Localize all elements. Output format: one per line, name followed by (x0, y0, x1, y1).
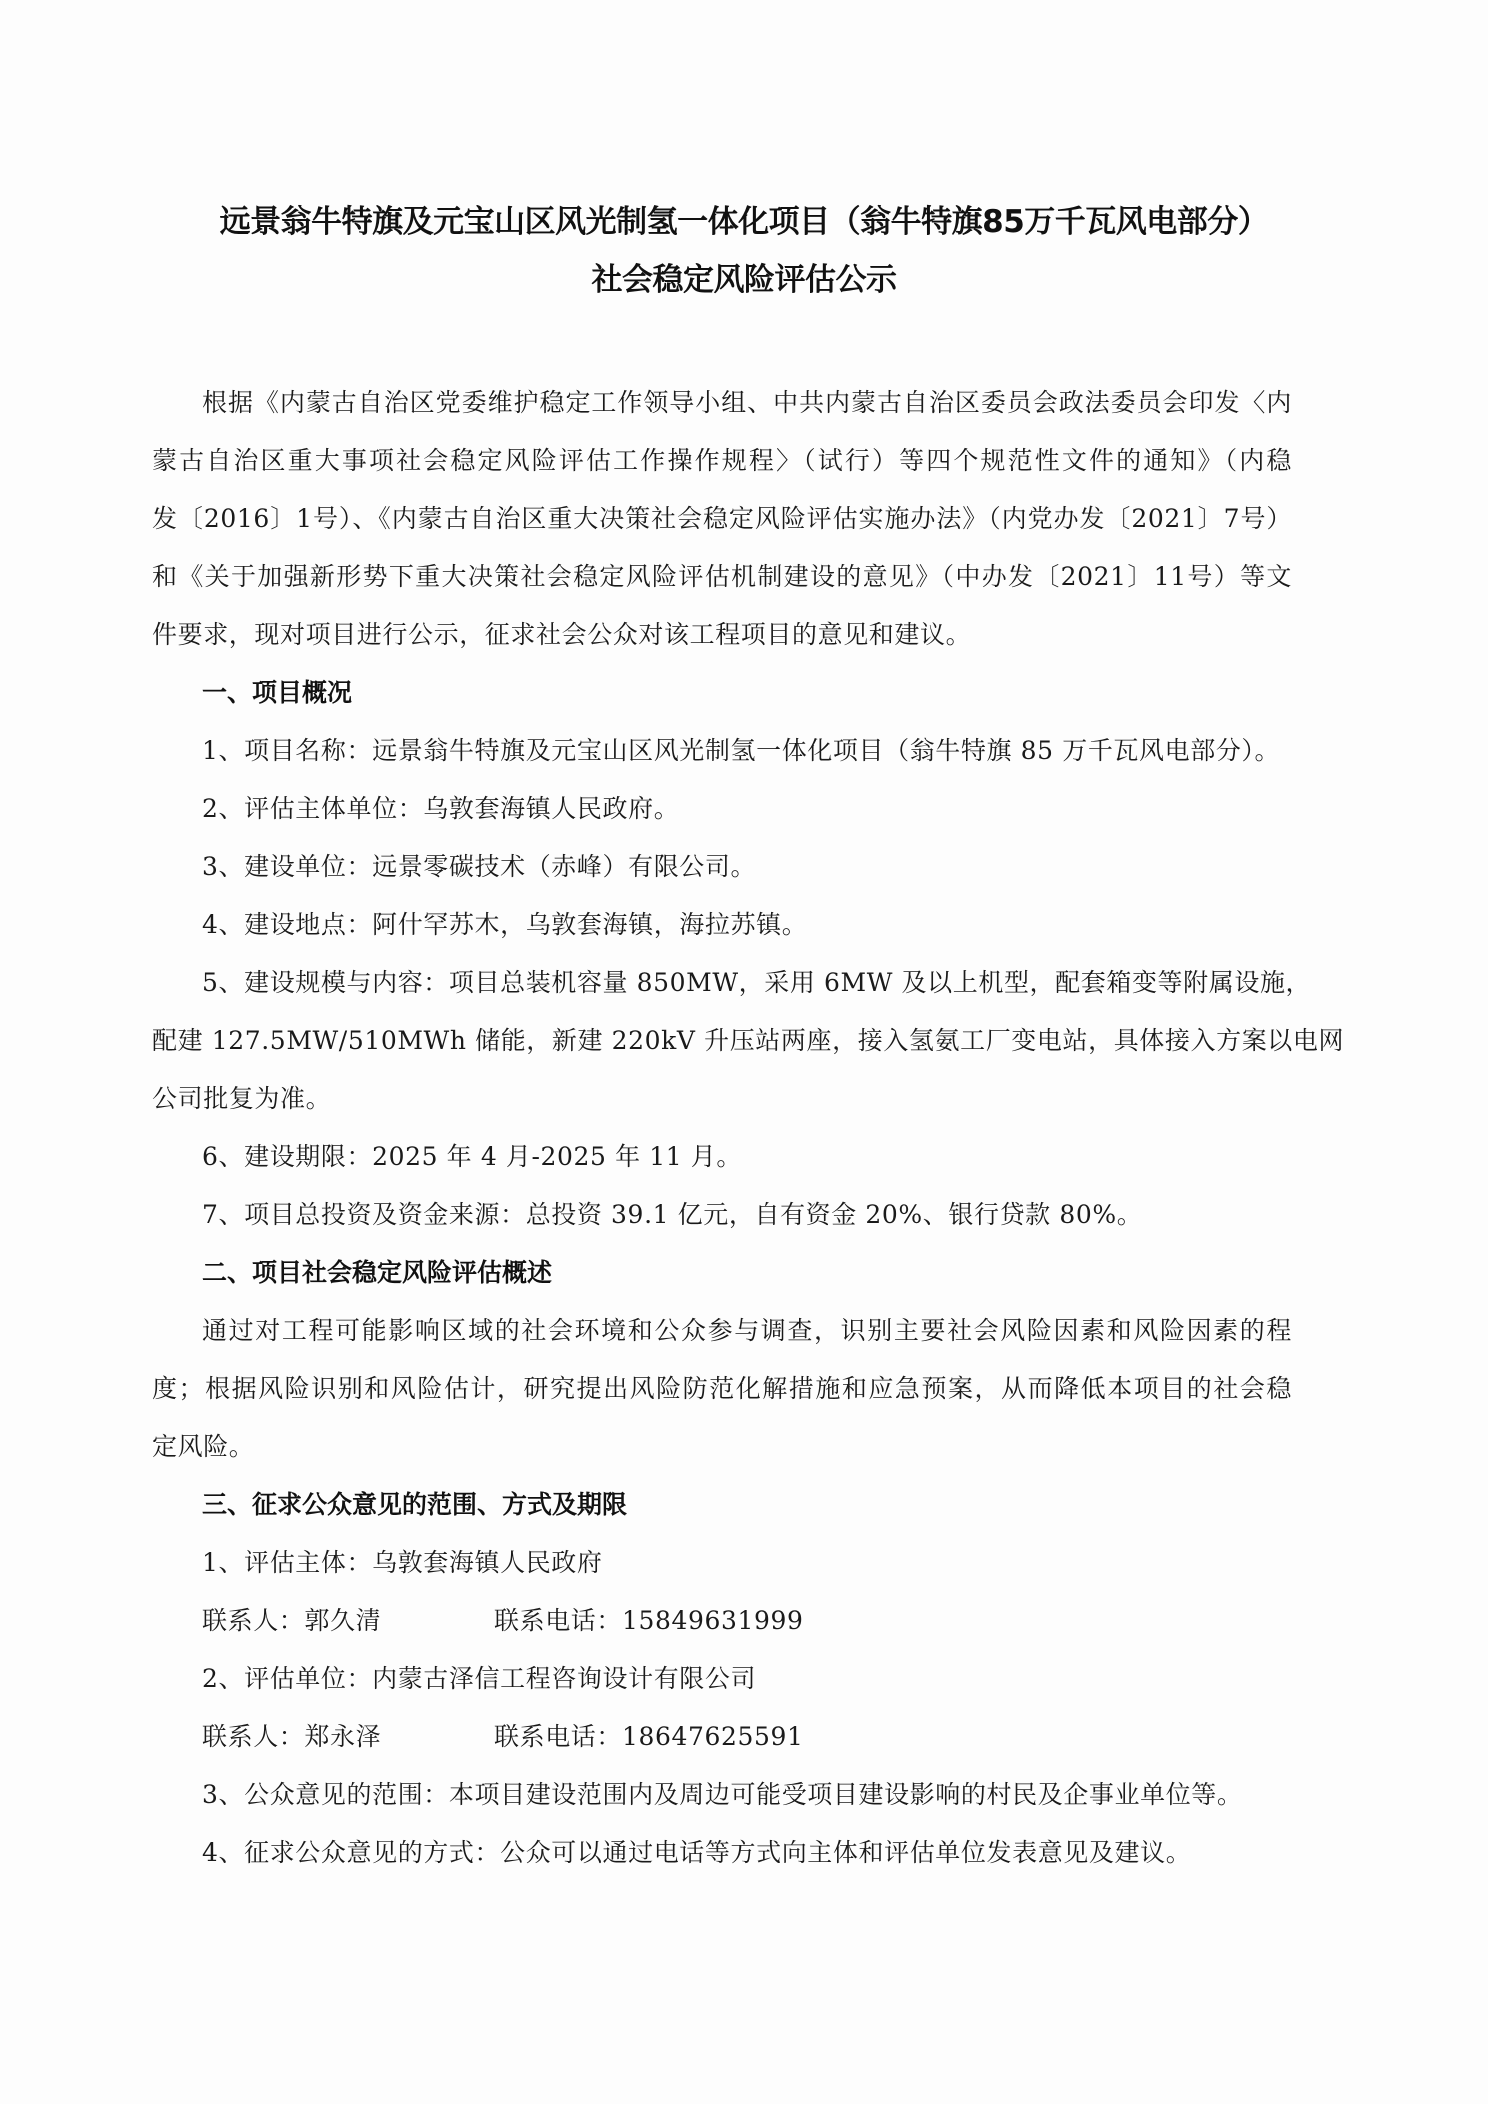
intro-paragraph-line: 根据《内蒙古自治区党委维护稳定工作领导小组、中共内蒙古自治区委员会政法委员会印发… (202, 388, 1292, 418)
construction-period-item: 6、建设期限：2025 年 4 月-2025 年 11 月。 (202, 1142, 1292, 1172)
assessment-body-item: 2、评估主体单位：乌敦套海镇人民政府。 (202, 794, 1292, 824)
contact-person: 联系人：郭久清 (202, 1606, 381, 1636)
assessment-unit-item: 2、评估单位：内蒙古泽信工程咨询设计有限公司 (202, 1664, 1292, 1694)
construction-scale-line: 公司批复为准。 (152, 1084, 1292, 1114)
section-2-paragraph-line: 度；根据风险识别和风险估计，研究提出风险防范化解措施和应急预案，从而降低本项目的… (152, 1374, 1292, 1404)
document-title-line-1: 远景翁牛特旗及元宝山区风光制氢一体化项目（翁牛特旗85万千瓦风电部分） (0, 196, 1488, 241)
project-name-item: 1、项目名称：远景翁牛特旗及元宝山区风光制氢一体化项目（翁牛特旗 85 万千瓦风… (202, 736, 1292, 766)
section-1-heading: 一、项目概况 (202, 678, 352, 708)
section-2-paragraph-line: 定风险。 (152, 1432, 1292, 1462)
intro-paragraph-line: 蒙古自治区重大事项社会稳定风险评估工作操作规程〉（试行）等四个规范性文件的通知》… (152, 446, 1292, 476)
opinion-method-item: 4、征求公众意见的方式：公众可以通过电话等方式向主体和评估单位发表意见及建议。 (202, 1838, 1292, 1868)
document-title-line-2: 社会稳定风险评估公示 (0, 254, 1488, 299)
assessment-subject-item: 1、评估主体：乌敦套海镇人民政府 (202, 1548, 1292, 1578)
section-2-paragraph-line: 通过对工程可能影响区域的社会环境和公众参与调查，识别主要社会风险因素和风险因素的… (202, 1316, 1292, 1346)
section-2-heading: 二、项目社会稳定风险评估概述 (202, 1258, 552, 1288)
contact-phone: 联系电话：18647625591 (494, 1722, 804, 1752)
contact-person: 联系人：郑永泽 (202, 1722, 381, 1752)
intro-paragraph-line: 发〔2016〕1号）、《内蒙古自治区重大决策社会稳定风险评估实施办法》（内党办发… (152, 504, 1292, 534)
intro-paragraph-line: 和《关于加强新形势下重大决策社会稳定风险评估机制建设的意见》（中办发〔2021〕… (152, 562, 1292, 592)
construction-location-item: 4、建设地点：阿什罕苏木，乌敦套海镇，海拉苏镇。 (202, 910, 1292, 940)
section-3-heading: 三、征求公众意见的范围、方式及期限 (202, 1490, 627, 1520)
intro-paragraph-line: 件要求，现对项目进行公示，征求社会公众对该工程项目的意见和建议。 (152, 620, 1292, 650)
document-page: 远景翁牛特旗及元宝山区风光制氢一体化项目（翁牛特旗85万千瓦风电部分） 社会稳定… (0, 0, 1488, 2104)
construction-scale-line: 5、建设规模与内容：项目总装机容量 850MW，采用 6MW 及以上机型，配套箱… (202, 968, 1292, 998)
opinion-scope-item: 3、公众意见的范围：本项目建设范围内及周边可能受项目建设影响的村民及企事业单位等… (202, 1780, 1292, 1810)
investment-item: 7、项目总投资及资金来源：总投资 39.1 亿元，自有资金 20%、银行贷款 8… (202, 1200, 1292, 1230)
construction-unit-item: 3、建设单位：远景零碳技术（赤峰）有限公司。 (202, 852, 1292, 882)
construction-scale-line: 配建 127.5MW/510MWh 储能，新建 220kV 升压站两座，接入氢氨… (152, 1026, 1292, 1056)
contact-phone: 联系电话：15849631999 (494, 1606, 804, 1636)
